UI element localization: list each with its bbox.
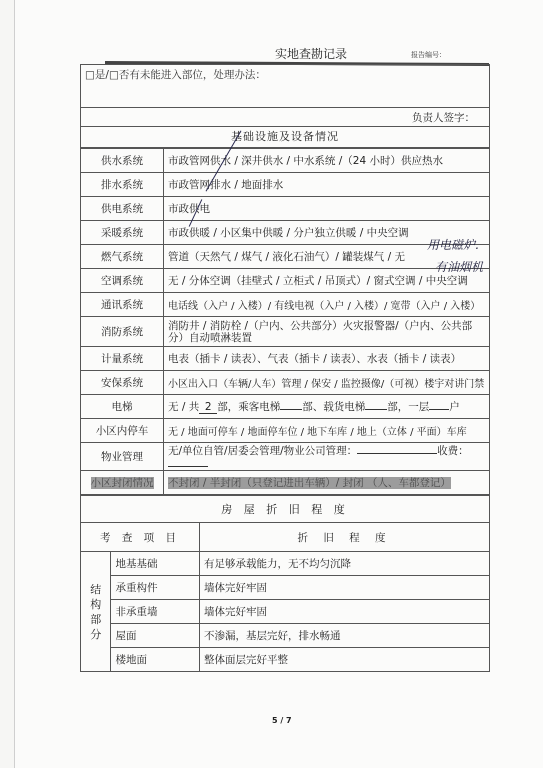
table-row: 消防系统消防井 / 消防栓 /（户内、公共部分）火灾报警器/（户内、公共部分）自… [81,317,490,347]
item-label: 承重构件 [111,576,200,600]
row-label: 燃气系统 [81,245,164,269]
row-label: 物业管理 [81,443,164,471]
row-label: 通讯系统 [81,293,164,317]
table-row: 空调系统无 / 分体空调（挂壁式 / 立柜式 / 吊顶式）/ 窗式空调 / 中央… [81,269,490,293]
row-label: 计量系统 [81,347,164,371]
table-row: 承重构件墙体完好牢固 [81,576,490,600]
fee-field[interactable] [168,466,208,467]
units-per-floor-field[interactable] [429,409,449,410]
page-title: 实地查勘记录 [275,45,347,62]
row-label: 排水系统 [81,173,164,197]
item-label: 楼地面 [111,648,200,672]
table-row: 物业管理 无/单位自管/居委会管理/物业公司管理：收费： [81,443,490,471]
page-number: 5 / 7 [272,716,292,725]
row-value: 市政管网排水 / 地面排水 [164,173,490,197]
table-row: 楼地面整体面层完好平整 [81,648,490,672]
row-value: 不封闭 / 半封闭（只登记进出车辆）/ 封闭 （人、车都登记） [164,471,490,495]
depreciation-title: 房 屋 折 旧 程 度 [81,496,490,523]
row-label: 消防系统 [81,317,164,347]
table-row: 计量系统电表（插卡 / 读表）、气表（插卡 / 读表）、水表（插卡 / 读表） [81,347,490,371]
property-management-value: 无/单位自管/居委会管理/物业公司管理：收费： [164,443,490,471]
table-row: 非承重墙墙体完好牢固 [81,600,490,624]
row-value: 无 / 地面可停车 / 地面停车位 / 地下车库 / 地上（立体 / 平面）车库 [164,419,490,443]
row-value: 市政供电 [164,197,490,221]
fee-label: 收费： [437,445,469,457]
facilities-table: 供水系统市政管网供水 / 深井供水 / 中水系统 /（24 小时）供应热水 排水… [80,148,490,495]
report-number-label: 报告编号： [411,50,446,60]
table-row: 结构部分 地基基础 有足够承载能力，无不均匀沉降 [81,552,490,576]
table-row: 电梯 无 / 共2部，乘客电梯部、载货电梯部，一层户 [81,395,490,419]
degree-value: 整体面层完好平整 [200,648,490,672]
text: 部、载货电梯 [302,401,365,413]
signature-label: 负责人签字： [412,110,475,125]
item-label: 屋面 [111,624,200,648]
depreciation-table: 房 屋 折 旧 程 度 考 查 项 目 折 旧 程 度 结构部分 地基基础 有足… [80,495,490,672]
column-header-degree: 折 旧 程 度 [200,523,490,552]
row-label: 供水系统 [81,149,164,173]
table-row: 供电系统市政供电 [81,197,490,221]
management-company-field[interactable] [357,453,437,454]
table-row: 小区封闭情况 不封闭 / 半封闭（只登记进出车辆）/ 封闭 （人、车都登记） [81,471,490,495]
survey-form: □是/□否有未能进入部位，处理办法： 负责人签字： 基础设施及设备情况 供水系统… [80,64,490,672]
column-header-item: 考 查 项 目 [81,523,200,552]
row-value: 小区出入口（车辆/人车）管理 / 保安 / 监控摄像/（可视）楼宇对讲门禁 [164,371,490,395]
text: 无 / 共 [168,401,199,413]
table-row: 排水系统市政管网排水 / 地面排水 [81,173,490,197]
document-page: 实地查勘记录 报告编号： □是/□否有未能进入部位，处理办法： 负责人签字： 基… [14,0,543,768]
text: 户 [449,401,460,413]
handwritten-note-line1: 用电磁炉. [427,236,479,253]
handwritten-note-line2: 有油烟机 [435,258,483,275]
degree-value: 有足够承载能力，无不均匀沉降 [200,552,490,576]
item-label: 地基基础 [111,552,200,576]
row-label: 采暖系统 [81,221,164,245]
row-value: 电话线（入户 / 入楼）/ 有线电视（入户 / 入楼）/ 宽带（入户 / 入楼） [164,293,490,317]
degree-value: 墙体完好牢固 [200,576,490,600]
degree-value: 墙体完好牢固 [200,600,490,624]
row-value: 市政管网供水 / 深井供水 / 中水系统 /（24 小时）供应热水 [164,149,490,173]
freight-elevator-field[interactable] [365,409,387,410]
row-label: 电梯 [81,395,164,419]
table-row: 小区内停车无 / 地面可停车 / 地面停车位 / 地下车库 / 地上（立体 / … [81,419,490,443]
structure-group-label: 结构部分 [81,552,111,672]
signature-box: 负责人签字： [81,108,489,127]
text: 部，一层 [387,401,429,413]
inaccessible-parts-box: □是/□否有未能进入部位，处理办法： [81,65,489,108]
passenger-elevator-field[interactable] [280,409,302,410]
table-row: 供水系统市政管网供水 / 深井供水 / 中水系统 /（24 小时）供应热水 [81,149,490,173]
table-row: 屋面不渗漏，基层完好，排水畅通 [81,624,490,648]
elevator-value: 无 / 共2部，乘客电梯部、载货电梯部，一层户 [164,395,490,419]
highlighted-value: 不封闭 / 半封闭（只登记进出车辆）/ 封闭 （人、车都登记） [168,477,451,489]
row-label: 小区内停车 [81,419,164,443]
row-value: 消防井 / 消防栓 /（户内、公共部分）火灾报警器/（户内、公共部分）自动喷淋装… [164,317,490,347]
row-label: 小区封闭情况 [81,471,164,495]
degree-value: 不渗漏，基层完好，排水畅通 [200,624,490,648]
row-label: 空调系统 [81,269,164,293]
row-label: 供电系统 [81,197,164,221]
table-row: 安保系统小区出入口（车辆/人车）管理 / 保安 / 监控摄像/（可视）楼宇对讲门… [81,371,490,395]
text: 部，乘客电梯 [217,401,280,413]
facilities-title: 基础设施及设备情况 [81,127,489,148]
row-value: 电表（插卡 / 读表）、气表（插卡 / 读表）、水表（插卡 / 读表） [164,347,490,371]
item-label: 非承重墙 [111,600,200,624]
row-label: 安保系统 [81,371,164,395]
inaccessible-question: □是/□否有未能进入部位，处理办法： [85,67,266,82]
highlighted-label: 小区封闭情况 [91,477,154,489]
text: 无/单位自管/居委会管理/物业公司管理： [168,445,357,457]
table-row: 通讯系统电话线（入户 / 入楼）/ 有线电视（入户 / 入楼）/ 宽带（入户 /… [81,293,490,317]
elevator-count-field[interactable]: 2 [199,401,217,414]
